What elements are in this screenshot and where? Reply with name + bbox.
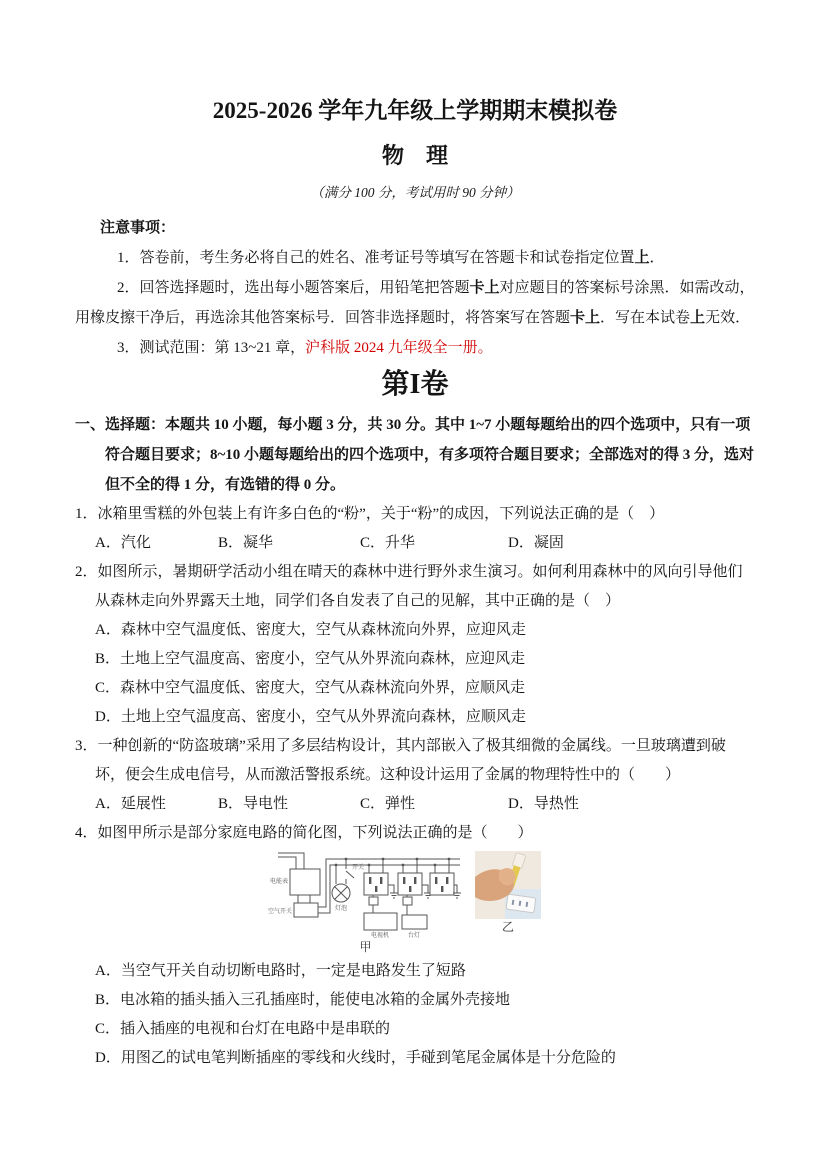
option-3-a: A．延展性 (95, 790, 218, 819)
socket-slot (380, 877, 382, 884)
question-1-options: A．汽化 B．凝华 C．升华 D．凝固 (75, 529, 755, 558)
socket-wire (435, 859, 449, 873)
option-4-c: C．插入插座的电视和台灯在电路中是串联的 (75, 1015, 755, 1044)
question-1-text: 冰箱里雪糕的外包装上有许多白色的“粉”，关于“粉”的成因，下列说法正确的是（ ） (98, 506, 665, 522)
socket-slot (369, 877, 371, 884)
question-2: 2．如图所示，暑期研学活动小组在晴天的森林中进行野外求生演习。如何利用森林中的风… (75, 558, 755, 732)
tv-label: 电视机 (371, 931, 389, 939)
notice-item-3: 3．测试范围：第 13~21 章，沪科版 2024 九年级全一册。 (75, 333, 755, 363)
option-1-b: B．凝华 (218, 529, 360, 558)
option-2-d: D．土地上空气温度高、密度小，空气从外界流向森林，应顺风走 (75, 703, 755, 732)
option-4-b: B．电冰箱的插头插入三孔插座时，能使电冰箱的金属外壳接地 (75, 986, 755, 1015)
switch-symbol (346, 859, 354, 884)
question-4: 4．如图甲所示是部分家庭电路的简化图，下列说法正确的是（ ） 电能表 (75, 819, 755, 1073)
exam-info: （满分 100 分，考试用时 90 分钟） (75, 183, 755, 203)
plug-symbol (369, 897, 378, 905)
socket-plate (506, 894, 536, 913)
option-1-c: C．升华 (360, 529, 508, 558)
circuit-breaker-label: 空气开关 (268, 907, 292, 915)
test-pen-photo (475, 851, 541, 919)
notice-item-2: 2．回答选择题时，选出每小题答案后，用铅笔把答题卡上对应题目的答案标号涂黑．如需… (75, 273, 755, 333)
option-1-d: D．凝固 (508, 529, 564, 558)
question-4-options: A．当空气开关自动切断电路时，一定是电路发生了短路 B．电冰箱的插头插入三孔插座… (75, 957, 755, 1073)
energy-meter-symbol (290, 869, 320, 895)
plug-symbol (403, 897, 412, 905)
option-3-b: B．导电性 (218, 790, 360, 819)
energy-meter-label: 电能表 (270, 877, 288, 885)
option-3-c: C．弹性 (360, 790, 508, 819)
question-1-number: 1． (75, 506, 98, 522)
question-1: 1．冰箱里雪糕的外包装上有许多白色的“粉”，关于“粉”的成因，下列说法正确的是（… (75, 500, 755, 558)
ground-symbol (388, 885, 398, 898)
exam-paper-page: 2025-2026 学年九年级上学期期末模拟卷 物 理 （满分 100 分，考试… (0, 0, 827, 1169)
notices-section: 注意事项： 1．答卷前，考生务必将自己的姓名、准考证号等填写在答题卡和试卷指定位… (75, 213, 755, 363)
page-content: 2025-2026 学年九年级上学期期末模拟卷 物 理 （满分 100 分，考试… (0, 0, 827, 1073)
part1-heading: 第I卷 (75, 365, 755, 405)
page-title: 2025-2026 学年九年级上学期期末模拟卷 (75, 96, 755, 126)
circuit-diagram-block: 电能表 空气开关 开关 (268, 851, 463, 955)
option-2-b: B．土地上空气温度高、密度小，空气从外界流向森林，应迎风走 (75, 645, 755, 674)
supply-wire (278, 857, 296, 869)
option-3-d: D．导热性 (508, 790, 579, 819)
household-circuit-diagram: 电能表 空气开关 开关 (268, 851, 463, 939)
subject-title: 物 理 (75, 142, 755, 170)
socket-plate-body (506, 894, 536, 913)
question-4-number: 4． (75, 825, 98, 841)
socket-slot (403, 877, 405, 884)
notices-heading: 注意事项： (100, 213, 755, 243)
figure-caption-left: 甲 (359, 940, 371, 955)
socket-slot (414, 877, 416, 884)
test-pen-photo-block: 乙 (475, 851, 541, 935)
question-3-text: 一种创新的“防盗玻璃”采用了多层结构设计，其内部嵌入了极其细微的金属线。一旦玻璃… (95, 738, 726, 783)
supply-wire (278, 853, 304, 869)
question-4-stem: 4．如图甲所示是部分家庭电路的简化图，下列说法正确的是（ ） (75, 819, 755, 848)
socket-slot (435, 877, 437, 884)
tv-box (364, 913, 397, 930)
desk-lamp-box (402, 915, 427, 929)
question-3-number: 3． (75, 738, 98, 754)
question-2-number: 2． (75, 564, 98, 580)
option-4-a: A．当空气开关自动切断电路时，一定是电路发生了短路 (75, 957, 755, 986)
socket-slot (441, 886, 443, 892)
socket-slot (375, 886, 377, 892)
socket-slot (409, 886, 411, 892)
question-4-text: 如图甲所示是部分家庭电路的简化图，下列说法正确的是（ ） (98, 825, 533, 841)
question-3: 3．一种创新的“防盗玻璃”采用了多层结构设计，其内部嵌入了极其细微的金属线。一旦… (75, 732, 755, 819)
question-3-stem: 3．一种创新的“防盗玻璃”采用了多层结构设计，其内部嵌入了极其细微的金属线。一旦… (75, 732, 755, 790)
option-2-c: C．森林中空气温度低、密度大，空气从森林流向外界，应顺风走 (75, 674, 755, 703)
socket-wire (369, 859, 383, 873)
question-2-options: A．森林中空气温度低、密度大，空气从森林流向外界，应迎风走 B．土地上空气温度高… (75, 616, 755, 732)
question-1-stem: 1．冰箱里雪糕的外包装上有许多白色的“粉”，关于“粉”的成因，下列说法正确的是（… (75, 500, 755, 529)
notice-item-1: 1．答卷前，考生务必将自己的姓名、准考证号等填写在答题卡和试卷指定位置上． (75, 243, 755, 273)
meter-breaker-wire (298, 895, 310, 903)
option-2-a: A．森林中空气温度低、密度大，空气从森林流向外界，应迎风走 (75, 616, 755, 645)
socket-wire (403, 859, 417, 873)
question-4-figure: 电能表 空气开关 开关 (268, 851, 755, 955)
figure-caption-right: 乙 (502, 920, 514, 935)
socket-slot (446, 877, 448, 884)
switch-label: 开关 (352, 863, 364, 871)
option-4-d: D．用图乙的试电笔判断插座的零线和火线时，手碰到笔尾金属体是十分危险的 (75, 1044, 755, 1073)
option-1-a: A．汽化 (95, 529, 218, 558)
bulb-label: 灯泡 (335, 904, 347, 912)
question-2-text: 如图所示，暑期研学活动小组在晴天的森林中进行野外求生演习。如何利用森林中的风向引… (95, 564, 743, 609)
section1-intro: 一、选择题：本题共 10 小题，每小题 3 分，共 30 分。其中 1~7 小题… (75, 410, 755, 500)
question-3-options: A．延展性 B．导电性 C．弹性 D．导热性 (75, 790, 755, 819)
desk-lamp-label: 台灯 (408, 931, 420, 939)
circuit-breaker-symbol (294, 903, 318, 917)
question-2-stem: 2．如图所示，暑期研学活动小组在晴天的森林中进行野外求生演习。如何利用森林中的风… (75, 558, 755, 616)
